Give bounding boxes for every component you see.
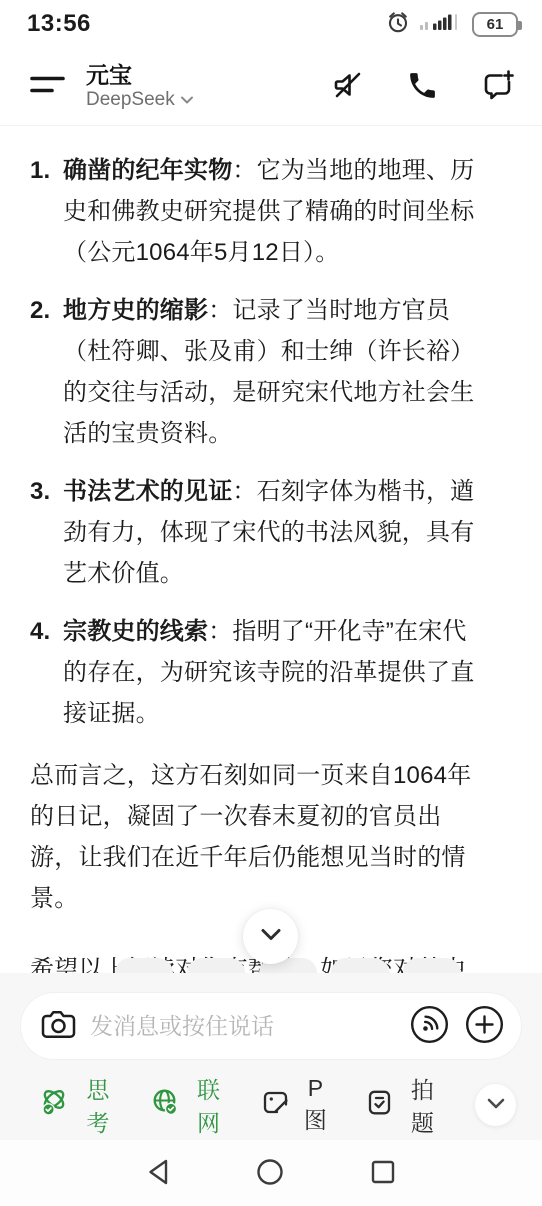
toolbar-chip-label: P图 bbox=[297, 1075, 333, 1135]
list-number: 3. bbox=[30, 471, 63, 594]
list-number: 2. bbox=[30, 290, 63, 454]
recents-square-icon bbox=[370, 1159, 396, 1188]
nav-back-button[interactable] bbox=[146, 1158, 170, 1189]
home-circle-icon bbox=[256, 1158, 284, 1189]
image-edit-icon bbox=[261, 1088, 290, 1123]
list-item: 2. 地方史的缩影：记录了当时地方官员（杜符卿、张及甫）和士绅（许长裕）的交往与… bbox=[30, 290, 484, 454]
toolbar-chip-label: 思考 bbox=[76, 1072, 120, 1138]
list-item: 3. 书法艺术的见证：石刻字体为楷书，遒劲有力，体现了宋代的书法风貌，具有艺术价… bbox=[30, 471, 484, 594]
chevron-down-icon bbox=[180, 89, 194, 111]
battery-indicator: 61 bbox=[472, 12, 518, 37]
list-item-title: 宗教史的线索 bbox=[63, 618, 208, 645]
signal-icon bbox=[419, 10, 463, 39]
list-number: 1. bbox=[30, 150, 63, 273]
speaker-muted-icon bbox=[331, 68, 365, 105]
voice-mute-button[interactable] bbox=[331, 68, 365, 105]
doc-check-icon bbox=[365, 1088, 394, 1123]
camera-button[interactable] bbox=[40, 1009, 77, 1043]
nav-home-button[interactable] bbox=[256, 1158, 284, 1189]
camera-icon bbox=[40, 1009, 77, 1043]
model-name: DeepSeek bbox=[86, 89, 175, 111]
status-time: 13:56 bbox=[27, 10, 91, 38]
back-triangle-icon bbox=[146, 1158, 170, 1189]
toolbar-chip-label: 联网 bbox=[187, 1072, 231, 1138]
nav-recents-button[interactable] bbox=[370, 1159, 396, 1188]
list-number: 4. bbox=[30, 611, 63, 734]
battery-percent: 61 bbox=[487, 16, 504, 33]
toolbar-chip-snap-question[interactable]: 拍题 bbox=[365, 1072, 445, 1138]
status-indicators: 61 bbox=[386, 10, 518, 39]
chevron-down-icon bbox=[259, 927, 283, 946]
list-item-title: 书法艺术的见证 bbox=[63, 478, 232, 505]
toolbar-chip-web[interactable]: 联网 bbox=[151, 1072, 231, 1138]
message-input[interactable] bbox=[90, 1013, 402, 1040]
phone-screen: 13:56 bbox=[0, 0, 542, 1206]
numbered-list: 1. 确凿的纪年实物：它为当地的地理、历史和佛教史研究提供了精确的时间坐标（公元… bbox=[30, 150, 484, 734]
composer-panel: 思考 联网 bbox=[0, 973, 542, 1140]
header-actions bbox=[331, 67, 516, 106]
list-item-title: 确凿的纪年实物 bbox=[63, 157, 232, 184]
model-selector[interactable]: DeepSeek bbox=[86, 88, 194, 111]
list-item-title: 地方史的缩影 bbox=[63, 297, 208, 324]
add-attachment-button[interactable] bbox=[465, 1005, 504, 1047]
voice-input-button[interactable] bbox=[410, 1005, 449, 1047]
app-title: 元宝 bbox=[86, 62, 194, 88]
menu-button[interactable] bbox=[26, 69, 70, 104]
globe-check-icon bbox=[151, 1088, 180, 1123]
toolbar-chip-photo-edit[interactable]: P图 bbox=[261, 1075, 333, 1135]
new-chat-button[interactable] bbox=[480, 67, 516, 106]
list-item: 4. 宗教史的线索：指明了“开化寺”在宋代的存在，为研究该寺院的沿革提供了直接证… bbox=[30, 611, 484, 734]
paragraph-summary: 总而言之，这方石刻如同一页来自1064年的日记，凝固了一次春末夏初的官员出游，让… bbox=[30, 755, 484, 919]
toolbar-chip-label: 拍题 bbox=[401, 1072, 445, 1138]
title-block: 元宝 DeepSeek bbox=[86, 62, 194, 111]
plus-circle-icon bbox=[465, 1005, 504, 1047]
deep-think-icon bbox=[40, 1088, 69, 1123]
message-input-bar[interactable] bbox=[20, 992, 522, 1060]
list-item: 1. 确凿的纪年实物：它为当地的地理、历史和佛教史研究提供了精确的时间坐标（公元… bbox=[30, 150, 484, 273]
phone-icon bbox=[406, 69, 439, 105]
composer-toolbar: 思考 联网 bbox=[0, 1083, 542, 1127]
new-chat-icon bbox=[480, 67, 516, 106]
alarm-icon bbox=[386, 10, 410, 39]
toolbar-collapse-button[interactable] bbox=[475, 1084, 516, 1126]
hamburger-icon bbox=[30, 85, 66, 100]
voice-wave-icon bbox=[410, 1005, 449, 1047]
toolbar-chip-think[interactable]: 思考 bbox=[40, 1072, 120, 1138]
call-button[interactable] bbox=[406, 69, 439, 105]
chevron-down-icon bbox=[486, 1097, 506, 1113]
android-nav-bar bbox=[0, 1140, 542, 1206]
app-header: 元宝 DeepSeek bbox=[0, 48, 542, 126]
status-bar: 13:56 bbox=[0, 0, 542, 48]
scroll-to-bottom-button[interactable] bbox=[243, 909, 298, 964]
